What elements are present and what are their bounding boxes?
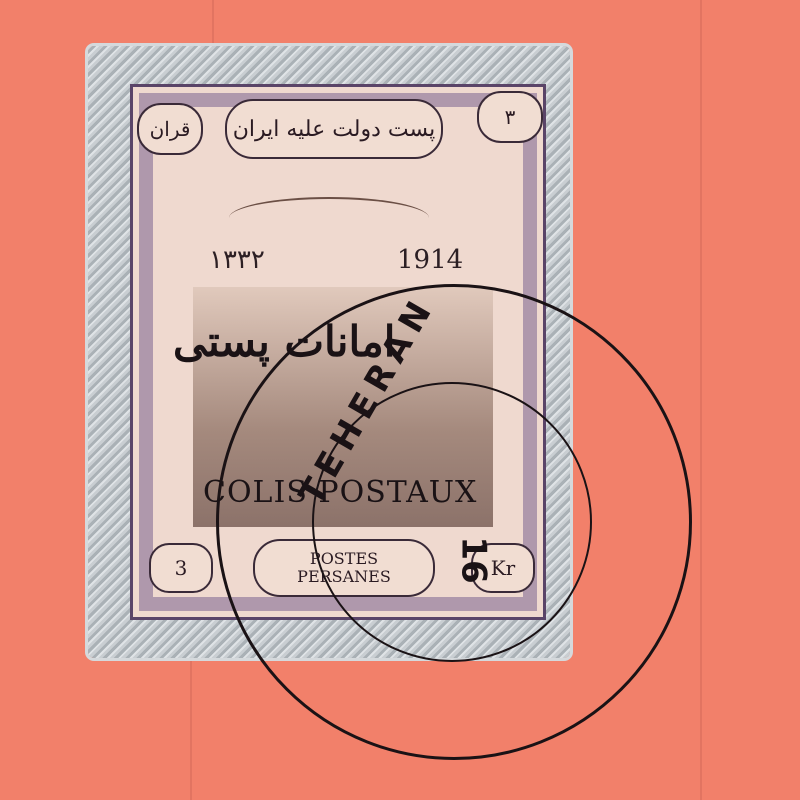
year-western: 1914: [397, 245, 463, 275]
value-left: 3: [149, 543, 213, 593]
corner-right: ۳: [477, 91, 543, 143]
postmark-date: 16: [454, 536, 494, 583]
year-persian: ۱۳۳۲: [209, 245, 265, 275]
paper-fold: [700, 0, 702, 800]
top-inscription: پست دولت علیه ایران: [225, 99, 443, 159]
corner-left: قران: [137, 103, 203, 155]
paper-fold: [190, 660, 192, 800]
faravahar-icon: [229, 197, 429, 239]
